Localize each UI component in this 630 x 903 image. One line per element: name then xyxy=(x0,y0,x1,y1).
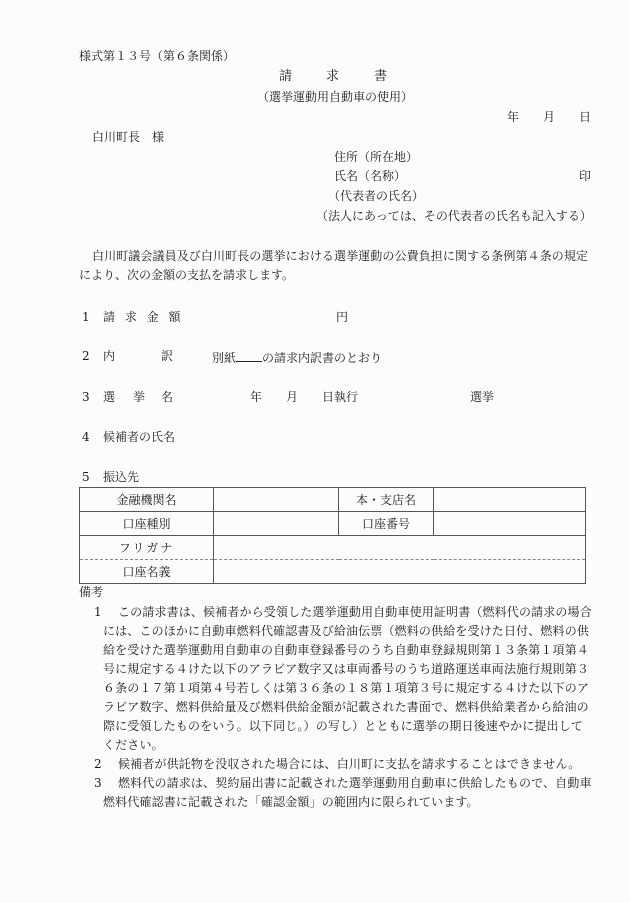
item-1-unit: 円 xyxy=(336,311,348,323)
item-2-value-suffix: の請求内訳書のとおり xyxy=(262,351,382,365)
note-1-line: ください。 xyxy=(103,739,164,751)
bank-name-label: 金融機関名 xyxy=(80,488,214,512)
note-1-line: 給を受けた選挙運動用自動車の自動車登録番号のうち自動車登録規則第１３条第１項第４ xyxy=(103,644,589,656)
item-3-label-b: 挙 xyxy=(133,391,145,403)
item-3-day-exec-label: 日執行 xyxy=(322,391,358,403)
item-2-value-prefix: 別紙 xyxy=(212,351,236,365)
account-number-field[interactable] xyxy=(434,512,586,536)
item-3-election-label: 選挙 xyxy=(470,391,494,403)
table-row-account: 口座種別 口座番号 xyxy=(80,512,586,536)
date-day-label: 日 xyxy=(579,111,591,123)
note-3-line: 燃料代の請求は、契約届出書に記載された選挙運動用自動車に供給したもので、自動車 xyxy=(118,777,592,789)
note-2-number: 2 xyxy=(94,758,102,770)
seal-mark: 印 xyxy=(579,170,591,182)
note-2-line: 候補者が供託物を没収された場合には、白川町に支払を請求することはできません。 xyxy=(118,758,580,770)
item-4-number: 4 xyxy=(82,431,90,443)
account-type-field[interactable] xyxy=(214,512,339,536)
account-number-label: 口座番号 xyxy=(339,512,434,536)
note-1-line: ６条の１７第１項第４号若しくは第３６条の１８第１項第３号に規定する４けた以下のア xyxy=(103,682,589,694)
bank-name-field[interactable] xyxy=(214,488,339,512)
table-row-furigana: フリガナ xyxy=(80,536,586,560)
address-label: 住所（所在地） xyxy=(334,151,418,163)
item-3-number: 3 xyxy=(82,391,90,403)
addressee: 白川町長 様 xyxy=(92,131,164,143)
date-year-label: 年 xyxy=(507,111,519,123)
item-5-label: 振込先 xyxy=(103,471,139,483)
branch-label: 本・支店名 xyxy=(339,488,434,512)
body-line-2: により、次の金額の支払を請求します。 xyxy=(79,269,294,281)
account-holder-label: 口座名義 xyxy=(80,560,214,584)
item-1-number: 1 xyxy=(82,311,90,323)
note-3-number: 3 xyxy=(94,777,102,789)
item-1-label: 請 求 金 額 xyxy=(103,311,183,323)
note-1-line: 号に規定する４けた以下のアラビア数字又は車両番号のうち道路運送車両法施行規則第３ xyxy=(103,663,589,675)
document-title: 請 xyxy=(279,70,292,83)
table-row-holder: 口座名義 xyxy=(80,560,586,584)
note-1-number: 1 xyxy=(94,606,102,618)
title-char: 書 xyxy=(374,69,387,84)
note-1-line: ラビア数字、燃料供給量及び燃料供給金額が記載された書面で、燃料供給業者から給油の xyxy=(103,701,589,713)
body-line-1: 白川町議会議員及び白川町長の選挙における選挙運動の公費負担に関する条例第４条の規… xyxy=(92,250,588,262)
item-2-label-a: 内 xyxy=(103,350,115,362)
title-char: 請 xyxy=(279,69,292,84)
attachment-number-blank xyxy=(236,350,262,362)
note-1-line: 際に受領したものをいう。以下同じ。）の写し）とともに選挙の期日後速やかに提出して xyxy=(103,720,583,732)
branch-field[interactable] xyxy=(434,488,586,512)
document-title-char-2: 求 xyxy=(326,70,339,83)
item-2-label-b: 訳 xyxy=(161,350,173,362)
item-3-month-label: 月 xyxy=(286,391,298,403)
date-month-label: 月 xyxy=(543,111,555,123)
document-subtitle: （選挙運動用自動車の使用） xyxy=(257,91,413,103)
corporate-note: （法人にあっては、その代表者の氏名も記入する） xyxy=(316,210,592,222)
furigana-field[interactable] xyxy=(214,536,586,560)
note-1-line: には、このほかに自動車燃料代確認書及び給油伝票（燃料の供給を受けた日付、燃料の供 xyxy=(103,625,589,637)
bank-transfer-table: 金融機関名 本・支店名 口座種別 口座番号 フリガナ 口座名義 xyxy=(79,487,586,584)
name-label: 氏名（名称） xyxy=(334,170,406,182)
furigana-label: フリガナ xyxy=(80,536,214,560)
form-number: 様式第１３号（第６条関係） xyxy=(79,50,235,62)
item-4-label: 候補者の氏名 xyxy=(103,431,175,443)
item-5-number: 5 xyxy=(82,471,90,483)
account-holder-field[interactable] xyxy=(214,560,586,584)
notes-heading: 備考 xyxy=(79,586,103,598)
item-3-year-label: 年 xyxy=(250,391,262,403)
item-2-value: 別紙の請求内訳書のとおり xyxy=(212,350,382,364)
item-2-number: 2 xyxy=(82,350,90,362)
item-3-label-c: 名 xyxy=(161,391,173,403)
table-row-bank: 金融機関名 本・支店名 xyxy=(80,488,586,512)
title-char: 求 xyxy=(326,69,339,84)
document-title-char-3: 書 xyxy=(374,70,387,83)
representative-label: （代表者の氏名） xyxy=(328,190,424,202)
account-type-label: 口座種別 xyxy=(80,512,214,536)
item-3-label-a: 選 xyxy=(103,391,115,403)
note-3-line: 燃料代確認書に記載された「確認金額」の範囲内に限られています。 xyxy=(103,796,479,808)
note-1-line: この請求書は、候補者から受領した選挙運動用自動車使用証明書（燃料代の請求の場合 xyxy=(118,606,592,618)
